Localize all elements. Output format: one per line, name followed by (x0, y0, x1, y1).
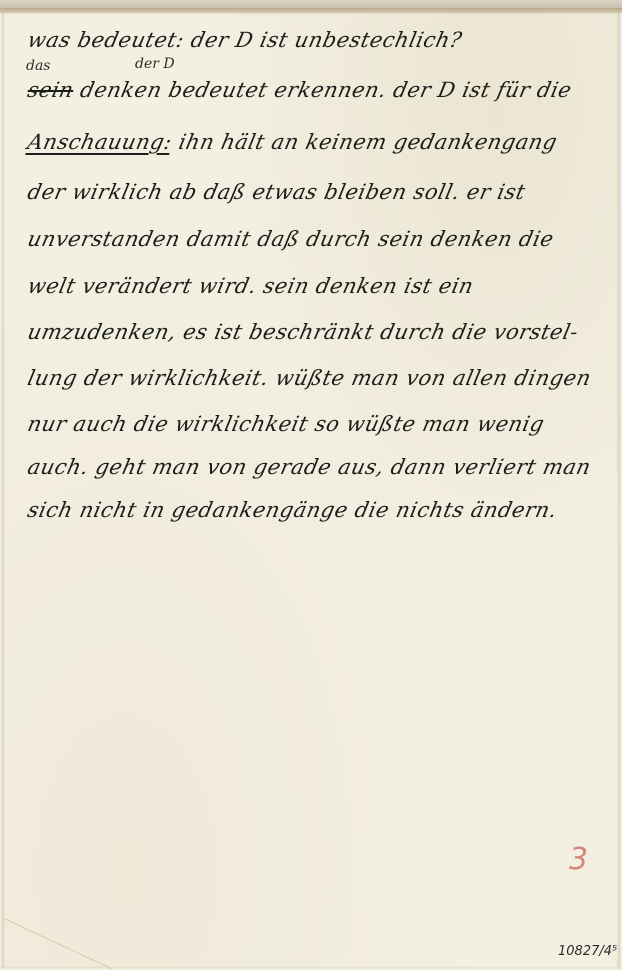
line-text: umzudenken, es ist beschränkt durch die … (25, 320, 580, 344)
manuscript-line-1: was bedeutet: der D ist unbestechlich? (25, 28, 464, 52)
manuscript-line-3: Anschauung: ihn hält an keinem gedankeng… (25, 130, 559, 154)
manuscript-line-2: sein denken bedeutet erkennen. der D ist… (25, 78, 574, 102)
line-text: lung der wirklichkeit. wüßte man von all… (25, 366, 593, 390)
manuscript-line-5: unverstanden damit daß durch sein denken… (25, 227, 556, 251)
manuscript-line-11: sich nicht in gedankengänge die nichts ä… (25, 498, 559, 522)
manuscript-page (2, 13, 620, 968)
paper-crease (4, 918, 113, 970)
page-stack-edge (0, 0, 622, 8)
manuscript-line-6: welt verändert wird. sein denken ist ein (25, 274, 475, 298)
archive-signature: 10827/4⁵ (558, 944, 617, 959)
manuscript-line-4: der wirklich ab daß etwas bleiben soll. … (25, 180, 527, 204)
manuscript-line-9: nur auch die wirklichkeit so wüßte man w… (25, 412, 546, 436)
manuscript-line-8: lung der wirklichkeit. wüßte man von all… (25, 366, 593, 390)
struck-word: sein (25, 78, 76, 102)
line-text: nur auch die wirklichkeit so wüßte man w… (25, 412, 546, 436)
line-text: ihn hält an keinem gedankengang (177, 130, 560, 154)
manuscript-line-7: umzudenken, es ist beschränkt durch die … (25, 320, 580, 344)
line-text: sich nicht in gedankengänge die nichts ä… (25, 498, 559, 522)
line-text: der wirklich ab daß etwas bleiben soll. … (25, 180, 527, 204)
line-text: was bedeutet: der D ist unbestechlich? (25, 28, 464, 52)
manuscript-line-10: auch. geht man von gerade aus, dann verl… (25, 455, 593, 479)
interlinear-insertion-1: das (26, 58, 51, 74)
line-text: auch. geht man von gerade aus, dann verl… (25, 455, 593, 479)
underlined-word: Anschauung: (25, 130, 174, 154)
line-text: welt verändert wird. sein denken ist ein (25, 274, 475, 298)
interlinear-insertion-2: der D (135, 56, 175, 72)
line-text: denken bedeutet erkennen. der D ist für … (78, 78, 574, 102)
folio-number: 3 (569, 842, 588, 877)
line-text: unverstanden damit daß durch sein denken… (25, 227, 556, 251)
